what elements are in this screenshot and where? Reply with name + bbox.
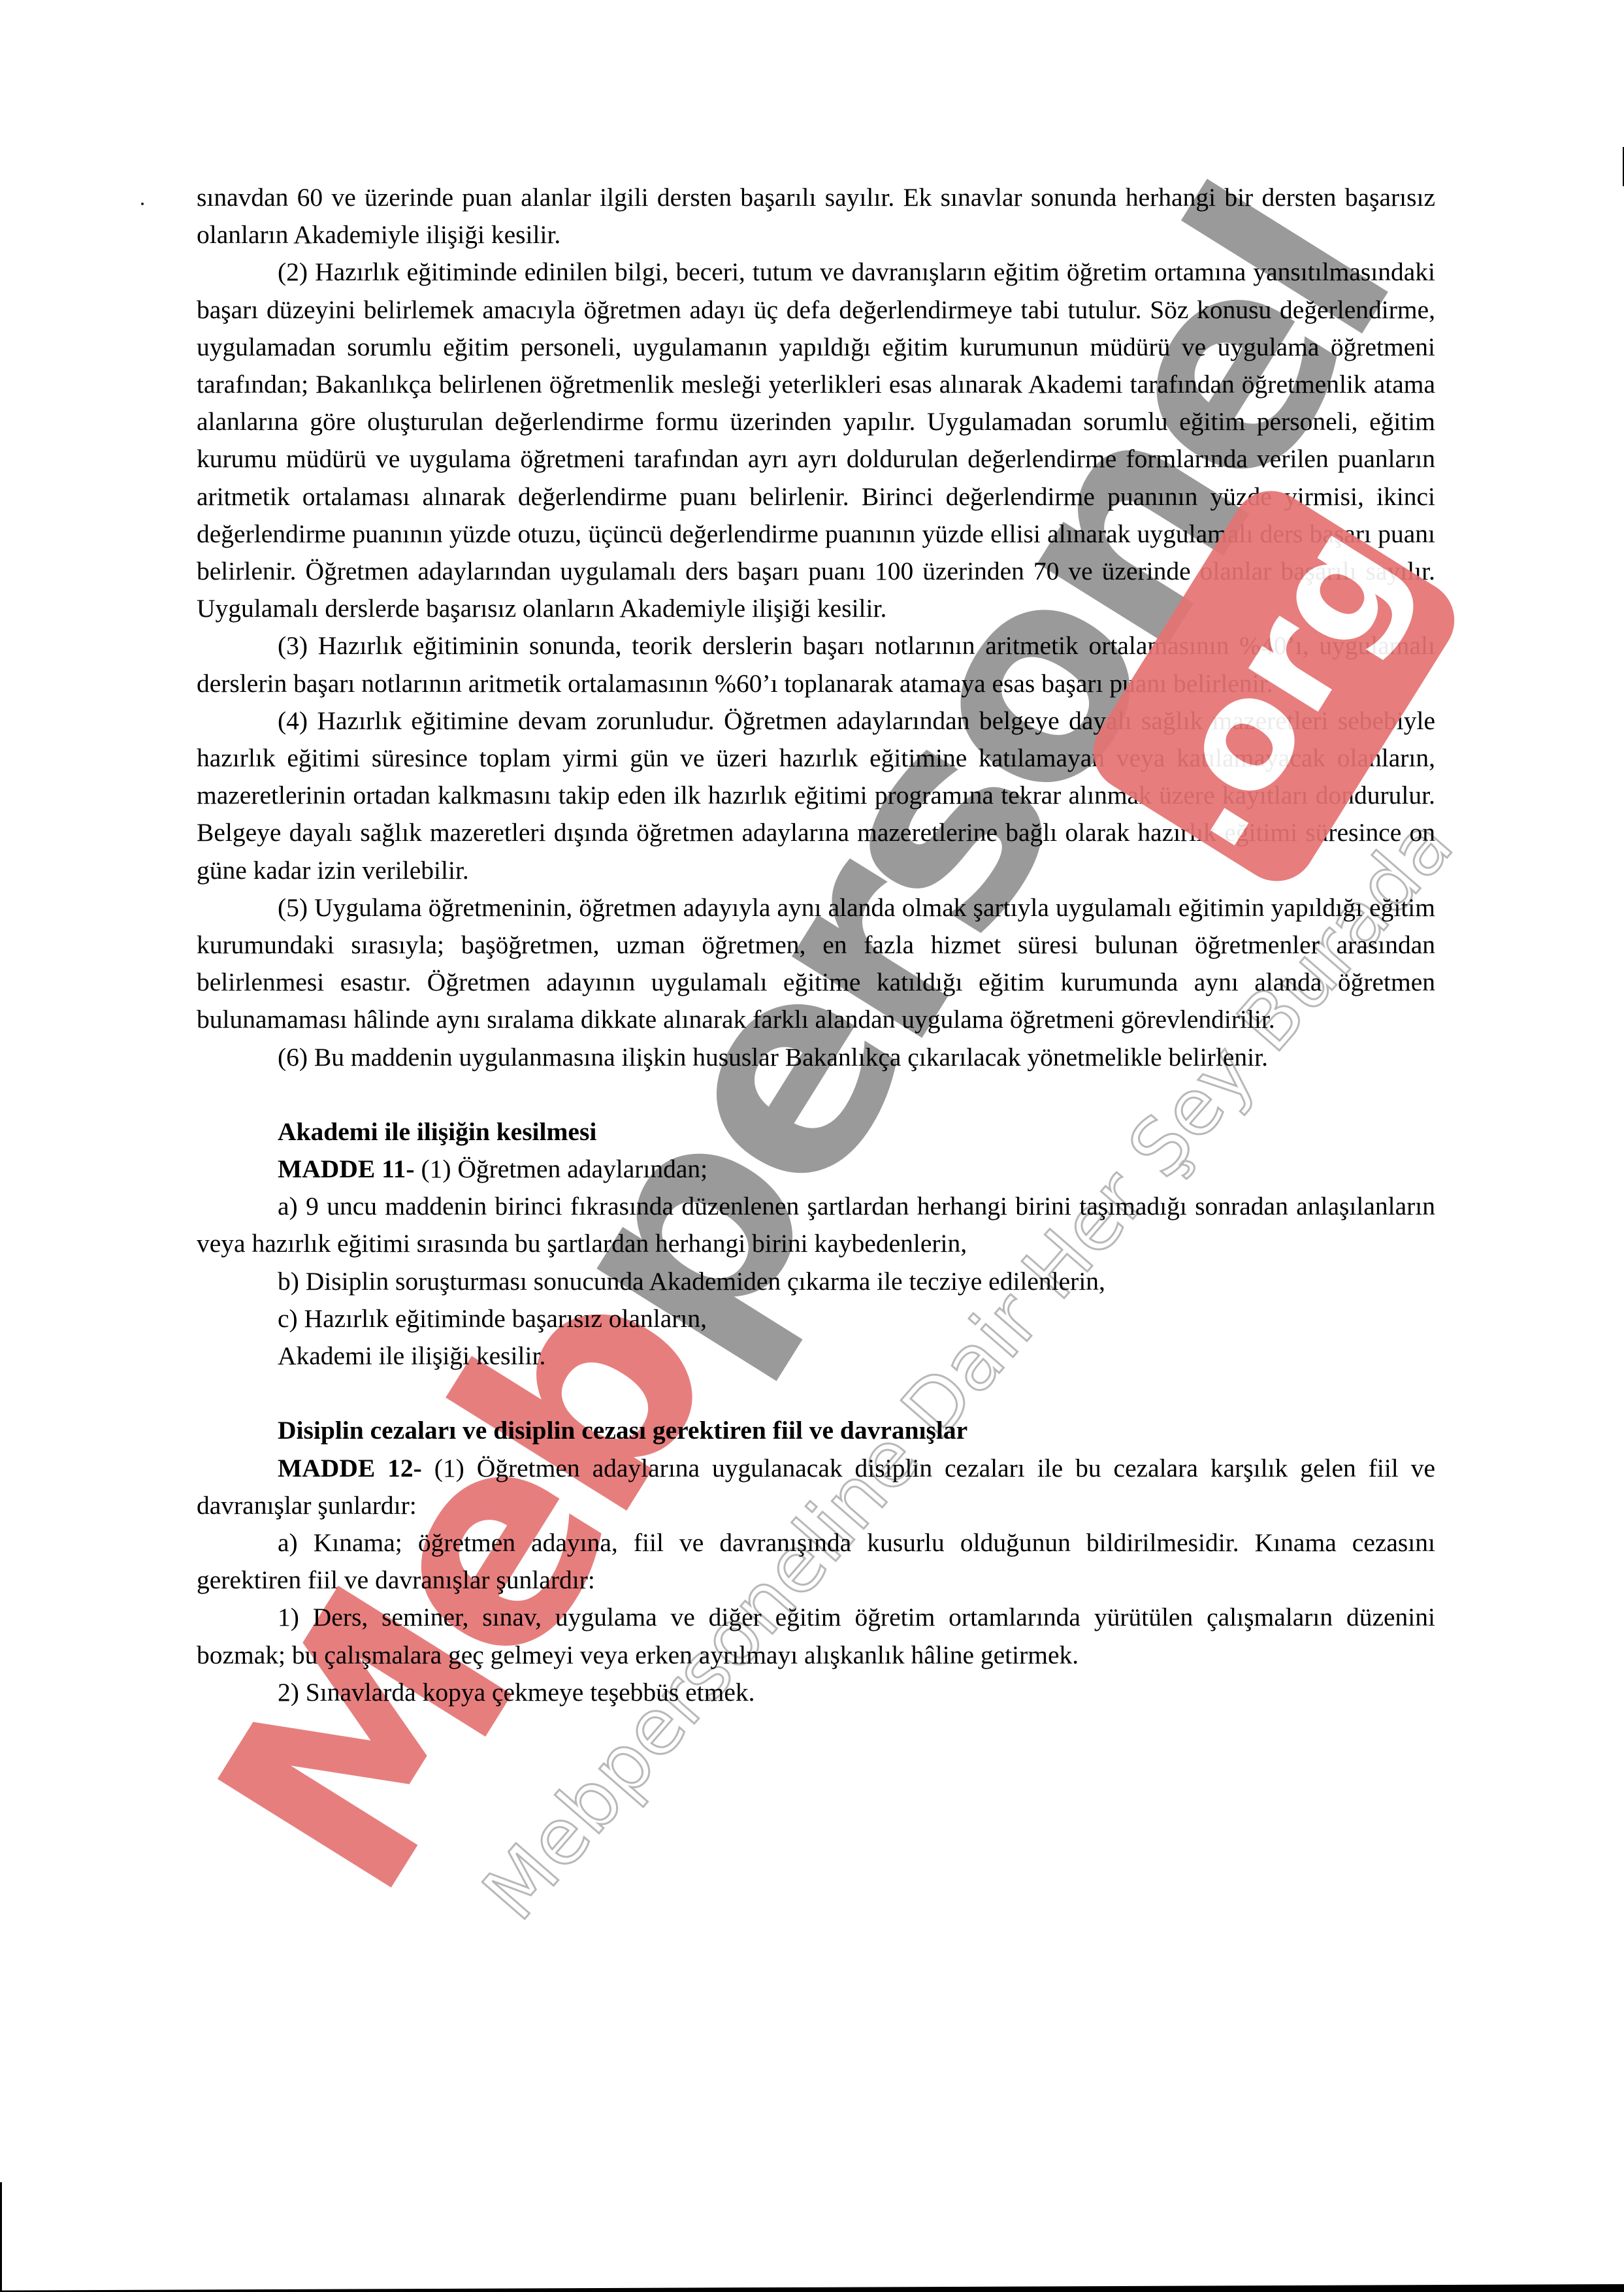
paragraph-clause-2: (2) Hazırlık eğitiminde edinilen bilgi, … [197, 254, 1435, 627]
article-12-item-2: 2) Sınavlarda kopya çekmeye teşebbüs etm… [197, 1674, 1435, 1711]
scan-border-left [0, 2182, 2, 2292]
document-body: sınavdan 60 ve üzerinde puan alanlar ilg… [197, 179, 1435, 1711]
paragraph-clause-4: (4) Hazırlık eğitimine devam zorunludur.… [197, 702, 1435, 889]
article-11-conclusion: Akademi ile ilişiği kesilir. [197, 1337, 1435, 1375]
article-11-item-c: c) Hazırlık eğitiminde başarısız olanlar… [197, 1300, 1435, 1337]
article-12-label: MADDE 12- [278, 1454, 422, 1482]
article-11-item-b: b) Disiplin soruşturması sonucunda Akade… [197, 1263, 1435, 1300]
article-12-item-a: a) Kınama; öğretmen adayına, fiil ve dav… [197, 1524, 1435, 1599]
paragraph-clause-5: (5) Uygulama öğretmeninin, öğretmen aday… [197, 889, 1435, 1039]
paragraph-clause-6: (6) Bu maddenin uygulanmasına ilişkin hu… [197, 1039, 1435, 1076]
article-11-heading: Akademi ile ilişiğin kesilmesi [197, 1113, 1435, 1151]
article-11-item-a: a) 9 uncu maddenin birinci fıkrasında dü… [197, 1188, 1435, 1262]
article-11-label: MADDE 11- [278, 1154, 415, 1183]
scan-border-bottom [0, 2284, 1624, 2292]
scan-speck [141, 203, 144, 205]
article-12-heading: Disiplin cezaları ve disiplin cezası ger… [197, 1412, 1435, 1449]
paragraph-clause-3: (3) Hazırlık eğitiminin sonunda, teorik … [197, 627, 1435, 702]
article-12-item-1: 1) Ders, seminer, sınav, uygulama ve diğ… [197, 1599, 1435, 1673]
article-11-intro-text: (1) Öğretmen adaylarından; [415, 1154, 708, 1183]
article-11-intro: MADDE 11- (1) Öğretmen adaylarından; [197, 1151, 1435, 1188]
paragraph-continuation: sınavdan 60 ve üzerinde puan alanlar ilg… [197, 179, 1435, 254]
article-12-intro: MADDE 12- (1) Öğretmen adaylarına uygula… [197, 1450, 1435, 1524]
